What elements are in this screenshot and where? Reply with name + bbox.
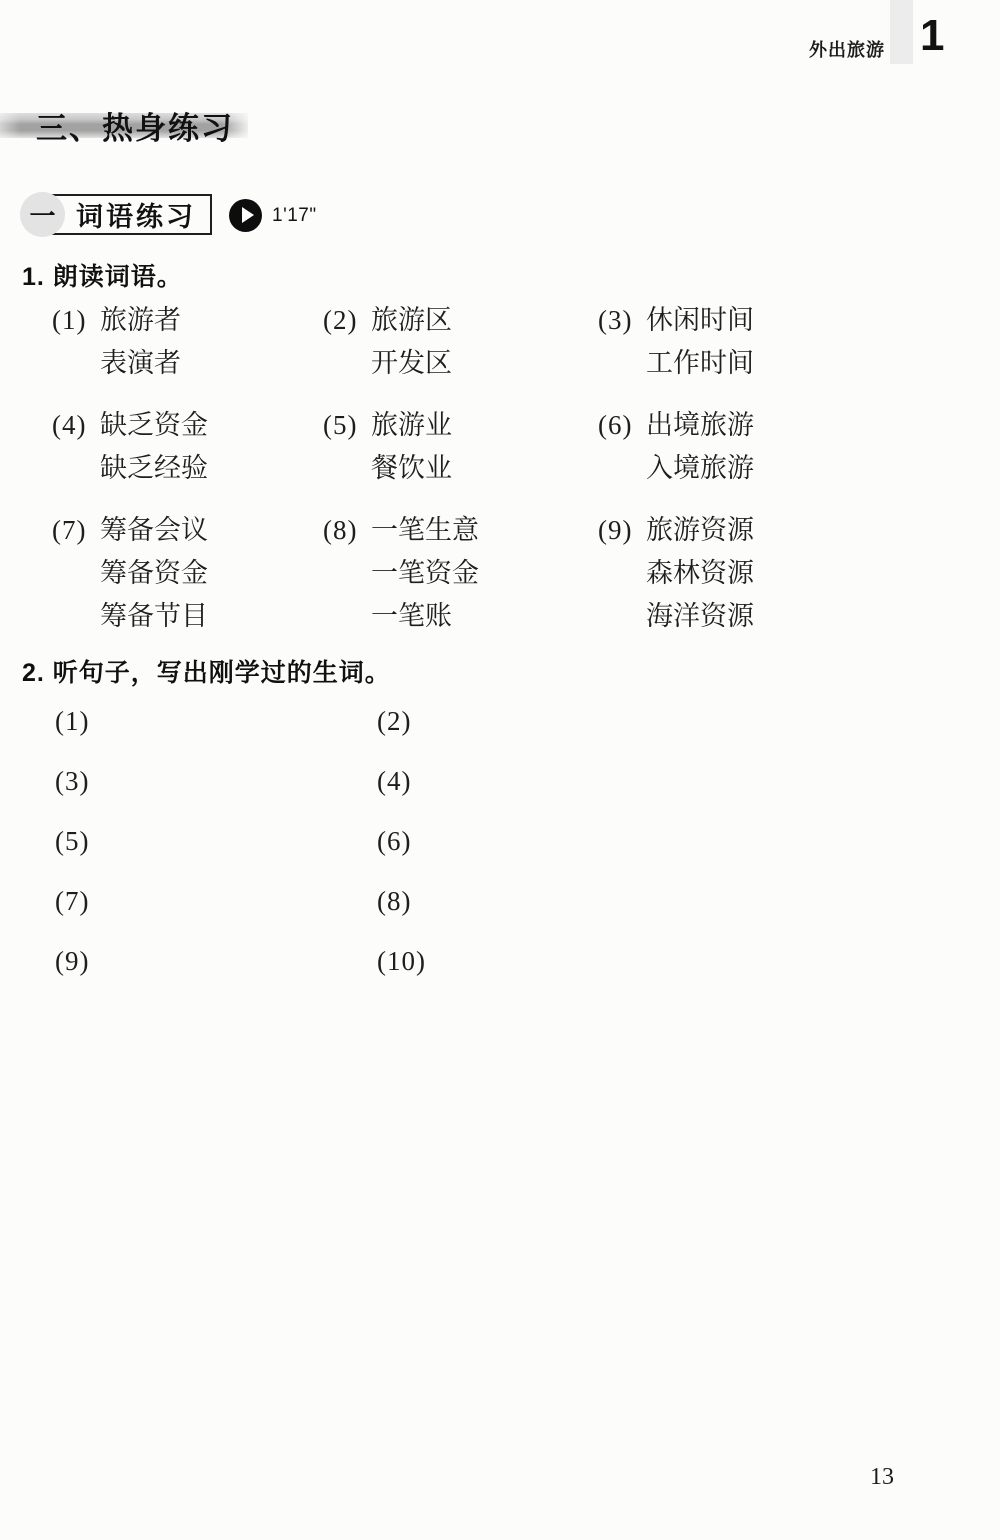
word: 旅游者 — [100, 305, 181, 335]
word: 出境旅游 — [646, 410, 754, 440]
exercise-title: 词语练习 — [58, 195, 196, 234]
word-group-3: (3)休闲时间 工作时间 — [598, 299, 972, 385]
group-number: (8) — [323, 509, 371, 552]
group-number: (5) — [323, 404, 371, 447]
chapter-label: 外出旅游 — [809, 36, 885, 62]
group-number: (6) — [598, 404, 646, 447]
group-number: (9) — [598, 509, 646, 552]
word: 一笔账 — [323, 595, 598, 638]
group-number: (2) — [323, 299, 371, 342]
blank-item: (3) — [55, 760, 377, 820]
word-group-6: (6)出境旅游 入境旅游 — [598, 404, 972, 490]
word: 旅游业 — [371, 410, 452, 440]
word: 开发区 — [323, 342, 598, 385]
word: 森林资源 — [598, 552, 972, 595]
exercise-number-badge: 一 — [20, 192, 65, 237]
word: 休闲时间 — [646, 305, 754, 335]
group-number: (1) — [52, 299, 100, 342]
word-group-4: (4)缺乏资金 缺乏经验 — [52, 404, 323, 490]
word-group-2: (2)旅游区 开发区 — [323, 299, 598, 385]
task1-heading: 1. 朗读词语。 — [22, 257, 183, 293]
chapter-number: 1 — [920, 14, 944, 58]
play-circle-icon — [229, 199, 262, 232]
exercise-title-box: 词语练习 — [42, 194, 212, 235]
word: 筹备会议 — [100, 515, 208, 545]
group-number: (3) — [598, 299, 646, 342]
blank-item: (2) — [377, 700, 855, 760]
word: 一笔生意 — [371, 515, 479, 545]
group-number: (4) — [52, 404, 100, 447]
group-number: (7) — [52, 509, 100, 552]
word-group-1: (1)旅游者 表演者 — [52, 299, 323, 385]
exercise-number: 一 — [29, 196, 55, 233]
blank-item: (8) — [377, 880, 855, 940]
blank-item: (6) — [377, 820, 855, 880]
word: 餐饮业 — [323, 447, 598, 490]
word-group-5: (5)旅游业 餐饮业 — [323, 404, 598, 490]
audio-duration: 1'17" — [272, 205, 317, 227]
word-list: (1)旅游者 表演者 (2)旅游区 开发区 (3)休闲时间 工作时间 (4)缺乏… — [52, 299, 972, 638]
word: 筹备资金 — [52, 552, 323, 595]
task2-heading: 2. 听句子，写出刚学过的生词。 — [22, 653, 391, 689]
chapter-tab-bar — [890, 0, 913, 64]
blank-item: (1) — [55, 700, 377, 760]
word: 表演者 — [52, 342, 323, 385]
word-group-7: (7)筹备会议 筹备资金 筹备节目 — [52, 509, 323, 638]
word: 缺乏资金 — [100, 410, 208, 440]
word: 筹备节目 — [52, 595, 323, 638]
word: 一笔资金 — [323, 552, 598, 595]
word: 缺乏经验 — [52, 447, 323, 490]
answer-blank-list: (1) (2) (3) (4) (5) (6) (7) (8) (9) (10) — [55, 700, 855, 1000]
blank-item: (9) — [55, 940, 377, 1000]
blank-item: (10) — [377, 940, 855, 1000]
section-title: 三、热身练习 — [36, 103, 234, 148]
word: 入境旅游 — [598, 447, 972, 490]
blank-item: (4) — [377, 760, 855, 820]
word-group-9: (9)旅游资源 森林资源 海洋资源 — [598, 509, 972, 638]
word: 旅游资源 — [646, 515, 754, 545]
word: 工作时间 — [598, 342, 972, 385]
blank-item: (7) — [55, 880, 377, 940]
page-number: 13 — [870, 1464, 894, 1491]
word-group-8: (8)一笔生意 一笔资金 一笔账 — [323, 509, 598, 638]
textbook-page: 外出旅游 1 三、热身练习 词语练习 一 1'17" 1. 朗读词语。 (1)旅… — [0, 0, 1000, 1540]
word: 旅游区 — [371, 305, 452, 335]
word: 海洋资源 — [598, 595, 972, 638]
blank-item: (5) — [55, 820, 377, 880]
